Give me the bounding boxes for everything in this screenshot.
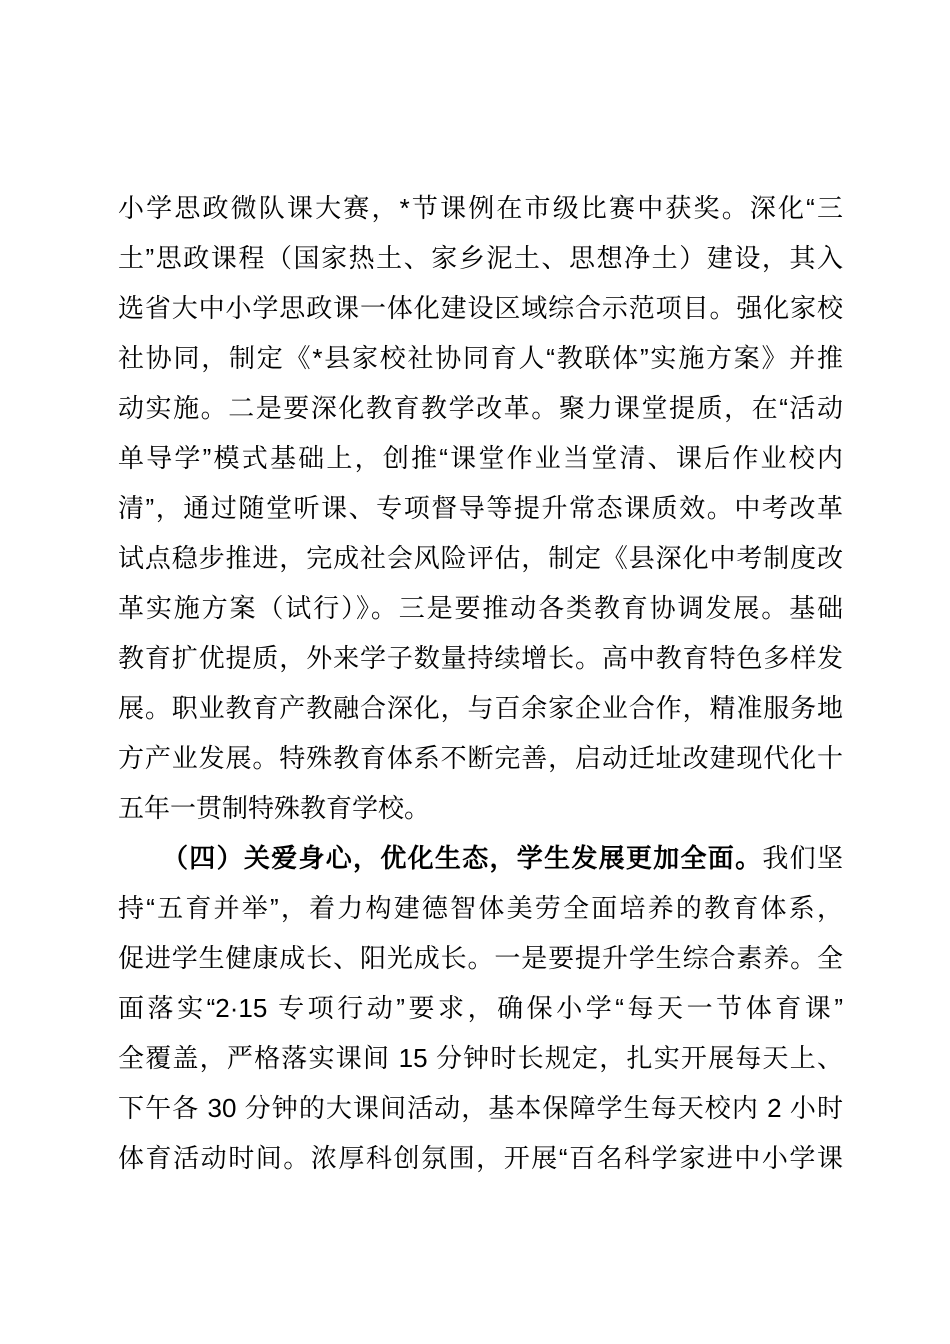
- text-line: 展。职业教育产教融合深化，与百余家企业合作，精准服务地: [118, 683, 843, 733]
- text-line: 革实施方案（试行）》。三是要推动各类教育协调发展。基础: [118, 583, 843, 633]
- text-line: 教育扩优提质，外来学子数量持续增长。高中教育特色多样发: [118, 633, 843, 683]
- text-line: 下午各 30 分钟的大课间活动，基本保障学生每天校内 2 小时: [118, 1083, 843, 1133]
- section-4-heading: （四）关爱身心，优化生态，学生发展更加全面。: [162, 843, 762, 873]
- text-line: 促进学生健康成长、阳光成长。一是要提升学生综合素养。全: [118, 933, 843, 983]
- document-body: 小学思政微队课大赛，*节课例在市级比赛中获奖。深化“三 土”思政课程（国家热土、…: [118, 183, 843, 1183]
- text-line: 清”，通过随堂听课、专项督导等提升常态课质效。中考改革: [118, 483, 843, 533]
- paragraph-2-first-line: （四）关爱身心，优化生态，学生发展更加全面。我们坚: [118, 833, 843, 883]
- text-line: 小学思政微队课大赛，*节课例在市级比赛中获奖。深化“三: [118, 183, 843, 233]
- text-line: 方产业发展。特殊教育体系不断完善，启动迁址改建现代化十: [118, 733, 843, 783]
- text-line: 全覆盖，严格落实课间 15 分钟时长规定，扎实开展每天上、: [118, 1033, 843, 1083]
- section-4-heading-tail: 我们坚: [762, 843, 843, 873]
- text-line: 体育活动时间。浓厚科创氛围，开展“百名科学家进中小学课: [118, 1133, 843, 1183]
- text-line: 持“五育并举”，着力构建德智体美劳全面培养的教育体系，: [118, 883, 843, 933]
- text-line: 社协同，制定《*县家校社协同育人“教联体”实施方案》并推: [118, 333, 843, 383]
- text-line: 试点稳步推进，完成社会风险评估，制定《县深化中考制度改: [118, 533, 843, 583]
- text-line: 土”思政课程（国家热土、家乡泥土、思想净土）建设，其入: [118, 233, 843, 283]
- text-line: 动实施。二是要深化教育教学改革。聚力课堂提质，在“活动: [118, 383, 843, 433]
- document-page: 小学思政微队课大赛，*节课例在市级比赛中获奖。深化“三 土”思政课程（国家热土、…: [0, 0, 950, 1344]
- text-line: 选省大中小学思政课一体化建设区域综合示范项目。强化家校: [118, 283, 843, 333]
- paragraph-1-last-line: 五年一贯制特殊教育学校。: [118, 783, 843, 833]
- text-line: 面落实“2·15 专项行动”要求，确保小学“每天一节体育课”: [118, 983, 843, 1033]
- text-line: 单导学”模式基础上，创推“课堂作业当堂清、课后作业校内: [118, 433, 843, 483]
